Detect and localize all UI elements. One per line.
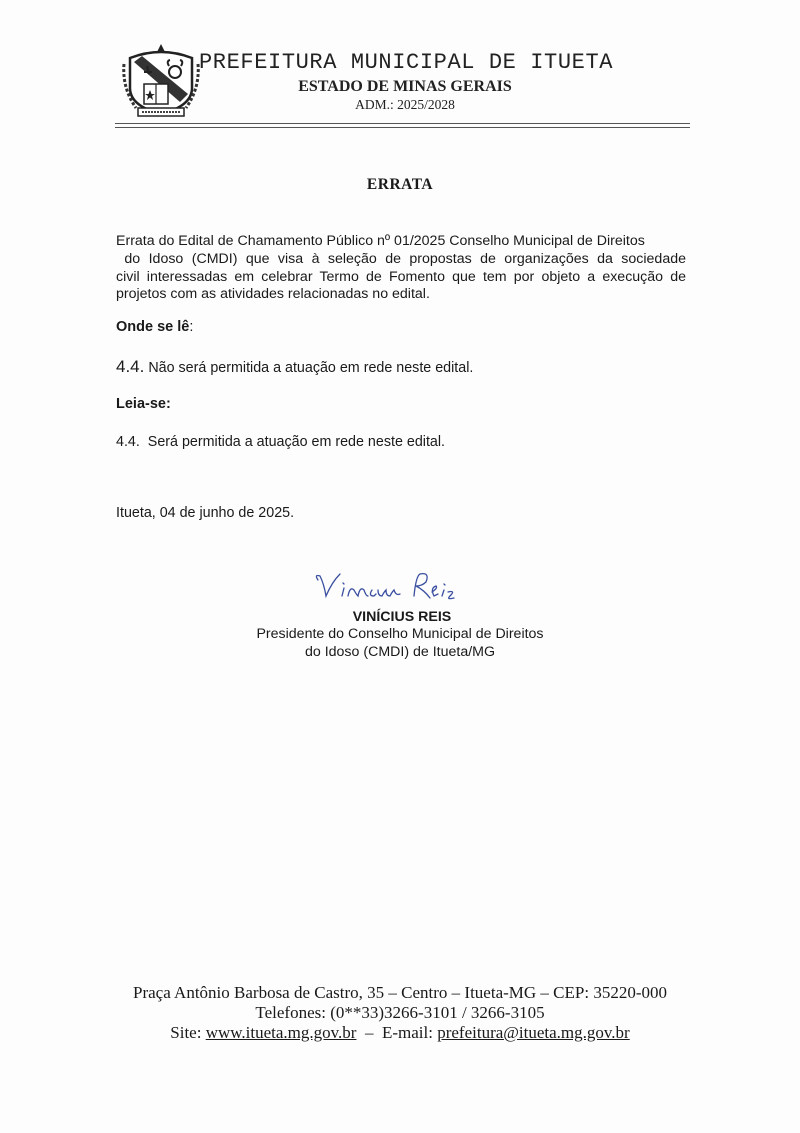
intro-line: projetos com as atividades relacionadas … <box>116 286 686 304</box>
where-reads-label: Onde se lê: <box>116 318 193 336</box>
intro-line: Errata do Edital de Chamamento Público n… <box>116 233 686 251</box>
handwritten-signature <box>310 566 490 606</box>
header-divider <box>115 127 690 128</box>
intro-line: civil interessadas em celebrar Termo de … <box>116 269 686 287</box>
clause-number: 4.4. <box>116 357 144 376</box>
place-date: Itueta, 04 de junho de 2025. <box>116 505 294 521</box>
site-label: Site: <box>170 1023 205 1042</box>
footer-contact: Site: www.itueta.mg.gov.br – E-mail: pre… <box>0 1023 800 1043</box>
site-link[interactable]: www.itueta.mg.gov.br <box>206 1023 357 1042</box>
signatory-name: VINÍCIUS REIS <box>0 609 800 625</box>
email-label: E-mail: <box>382 1023 437 1042</box>
clause-text: Não será permitida a atuação em rede nes… <box>144 360 473 376</box>
read-as-label: Leia-se: <box>116 396 171 412</box>
header-administration: ADM.: 2025/2028 <box>250 97 560 113</box>
footer-phones: Telefones: (0**33)3266-3101 / 3266-3105 <box>0 1003 800 1023</box>
header-divider <box>115 123 690 124</box>
footer: Praça Antônio Barbosa de Castro, 35 – Ce… <box>0 983 800 1043</box>
header-state: ESTADO DE MINAS GERAIS <box>250 78 560 96</box>
role-line: do Idoso (CMDI) de Itueta/MG <box>0 644 800 662</box>
email-link[interactable]: prefeitura@itueta.mg.gov.br <box>437 1023 630 1042</box>
footer-address: Praça Antônio Barbosa de Castro, 35 – Ce… <box>0 983 800 1003</box>
footer-separator: – <box>356 1023 382 1042</box>
coat-of-arms-icon <box>122 44 200 120</box>
intro-line: do Idoso (CMDI) que visa à seleção de pr… <box>116 251 686 269</box>
document-heading: ERRATA <box>0 176 800 194</box>
signatory-role: Presidente do Conselho Municipal de Dire… <box>0 626 800 661</box>
intro-paragraph: Errata do Edital de Chamamento Público n… <box>116 233 686 304</box>
header-title: PREFEITURA MUNICIPAL DE ITUETA <box>199 50 613 75</box>
original-clause: 4.4. Não será permitida a atuação em red… <box>116 357 473 377</box>
role-line: Presidente do Conselho Municipal de Dire… <box>0 626 800 644</box>
corrected-clause: 4.4. Será permitida a atuação em rede ne… <box>116 434 445 450</box>
